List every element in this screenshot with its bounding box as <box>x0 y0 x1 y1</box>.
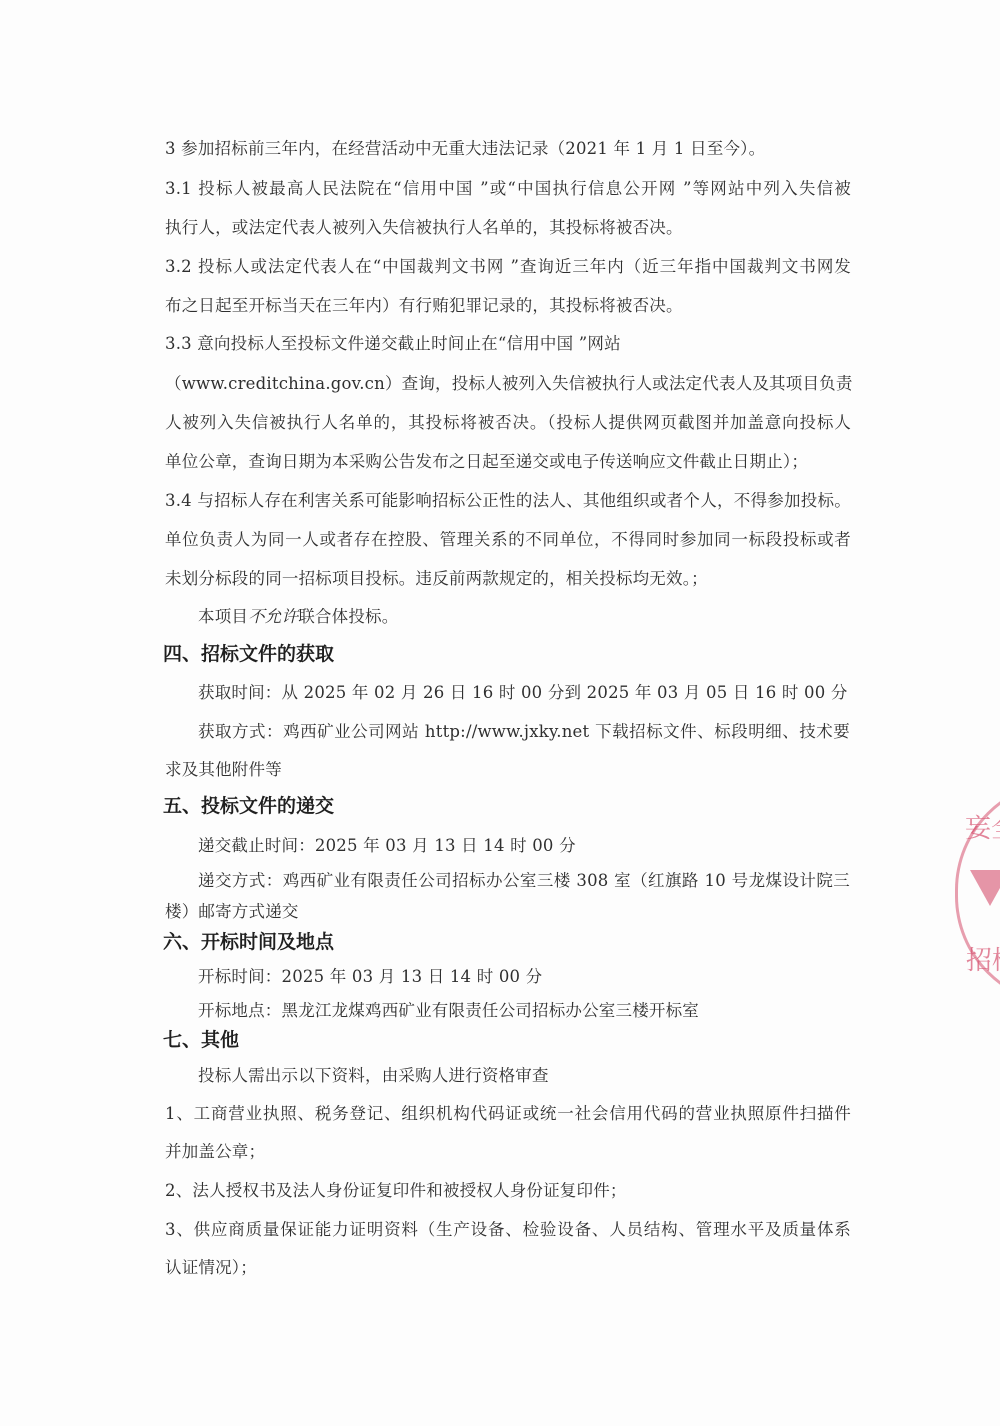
paragraph-3-3-line2: （www.creditchina.gov.cn）查询，投标人被列入失信被执行人或… <box>165 373 851 395</box>
section-4-method-line2: 求及其他附件等 <box>165 759 282 781</box>
section-5-method-line2: 楼）邮寄方式递交 <box>165 901 299 923</box>
paragraph-3-1-line2: 执行人，或法定代表人被列入失信被执行人名单的，其投标将被否决。 <box>165 217 683 239</box>
section-4-time: 获取时间：从 2025 年 02 月 26 日 16 时 00 分到 2025 … <box>198 682 848 704</box>
paragraph-3-3-line4: 单位公章，查询日期为本采购公告发布之日起至递交或电子传送响应文件截止日期止）； <box>165 451 808 473</box>
section-7-intro: 投标人需出示以下资料，由采购人进行资格审查 <box>198 1065 549 1087</box>
section-4-method-line1: 获取方式：鸡西矿业公司网站 http://www.jxky.net 下载招标文件… <box>198 721 850 743</box>
consortium-prefix: 本项目 <box>198 607 248 626</box>
section-5-method-line1: 递交方式：鸡西矿业有限责任公司招标办公室三楼 308 室（红旗路 10 号龙煤设… <box>198 870 850 892</box>
paragraph-3-4-line1: 3.4 与招标人存在利害关系可能影响招标公正性的法人、其他组织或者个人，不得参加… <box>165 490 851 512</box>
stamp-text-bottom: 招标 <box>966 940 1000 977</box>
section-7-item1-line1: 1、工商营业执照、税务登记、组织机构代码证或统一社会信用代码的营业执照原件扫描件 <box>165 1103 851 1125</box>
section-7-item3-line2: 认证情况）； <box>165 1257 257 1279</box>
consortium-statement: 本项目不允许联合体投标。 <box>198 606 398 628</box>
section-6-time: 开标时间：2025 年 03 月 13 日 14 时 00 分 <box>198 966 542 988</box>
section-7-item3-line1: 3、供应商质量保证能力证明资料（生产设备、检验设备、人员结构、管理水平及质量体系 <box>165 1219 851 1241</box>
section-7-item1-line2: 并加盖公章； <box>165 1141 265 1163</box>
paragraph-3-2-line1: 3.2 投标人或法定代表人在“中国裁判文书网 ”查询近三年内（近三年指中国裁判文… <box>165 256 851 278</box>
paragraph-3-4-line3: 未划分标段的同一招标项目投标。违反前两款规定的，相关投标均无效。； <box>165 568 708 590</box>
section-5-deadline: 递交截止时间：2025 年 03 月 13 日 14 时 00 分 <box>198 835 576 857</box>
paragraph-3-4-line2: 单位负责人为同一人或者存在控股、管理关系的不同单位，不得同时参加同一标段投标或者 <box>165 529 851 551</box>
paragraph-3-3-line3: 人被列入失信被执行人名单的，其投标将被否决。（投标人提供网页截图并加盖意向投标人 <box>165 412 851 434</box>
paragraph-3: 3 参加招标前三年内，在经营活动中无重大违法记录（2021 年 1 月 1 日至… <box>165 138 765 160</box>
consortium-suffix: 联合体投标。 <box>298 607 398 626</box>
section-7-heading: 七、其他 <box>163 1028 239 1052</box>
paragraph-3-3-line1: 3.3 意向投标人至投标文件递交截止时间止在“信用中国 ”网站 <box>165 333 621 355</box>
stamp-star-icon <box>970 870 1000 906</box>
section-6-place: 开标地点：黑龙江龙煤鸡西矿业有限责任公司招标办公室三楼开标室 <box>198 1000 699 1022</box>
section-5-heading: 五、投标文件的递交 <box>163 794 334 818</box>
section-7-item2: 2、法人授权书及法人身份证复印件和被授权人身份证复印件； <box>165 1180 627 1202</box>
document-page: 3 参加招标前三年内，在经营活动中无重大违法记录（2021 年 1 月 1 日至… <box>0 0 1000 1426</box>
section-6-heading: 六、开标时间及地点 <box>163 930 334 954</box>
consortium-italic: 不允许 <box>248 607 298 626</box>
stamp-text-top: 妄全 <box>965 808 1000 845</box>
paragraph-3-1-line1: 3.1 投标人被最高人民法院在“信用中国 ”或“中国执行信息公开网 ”等网站中列… <box>165 178 851 200</box>
section-4-heading: 四、招标文件的获取 <box>163 642 334 666</box>
paragraph-3-2-line2: 布之日起至开标当天在三年内）有行贿犯罪记录的，其投标将被否决。 <box>165 295 683 317</box>
